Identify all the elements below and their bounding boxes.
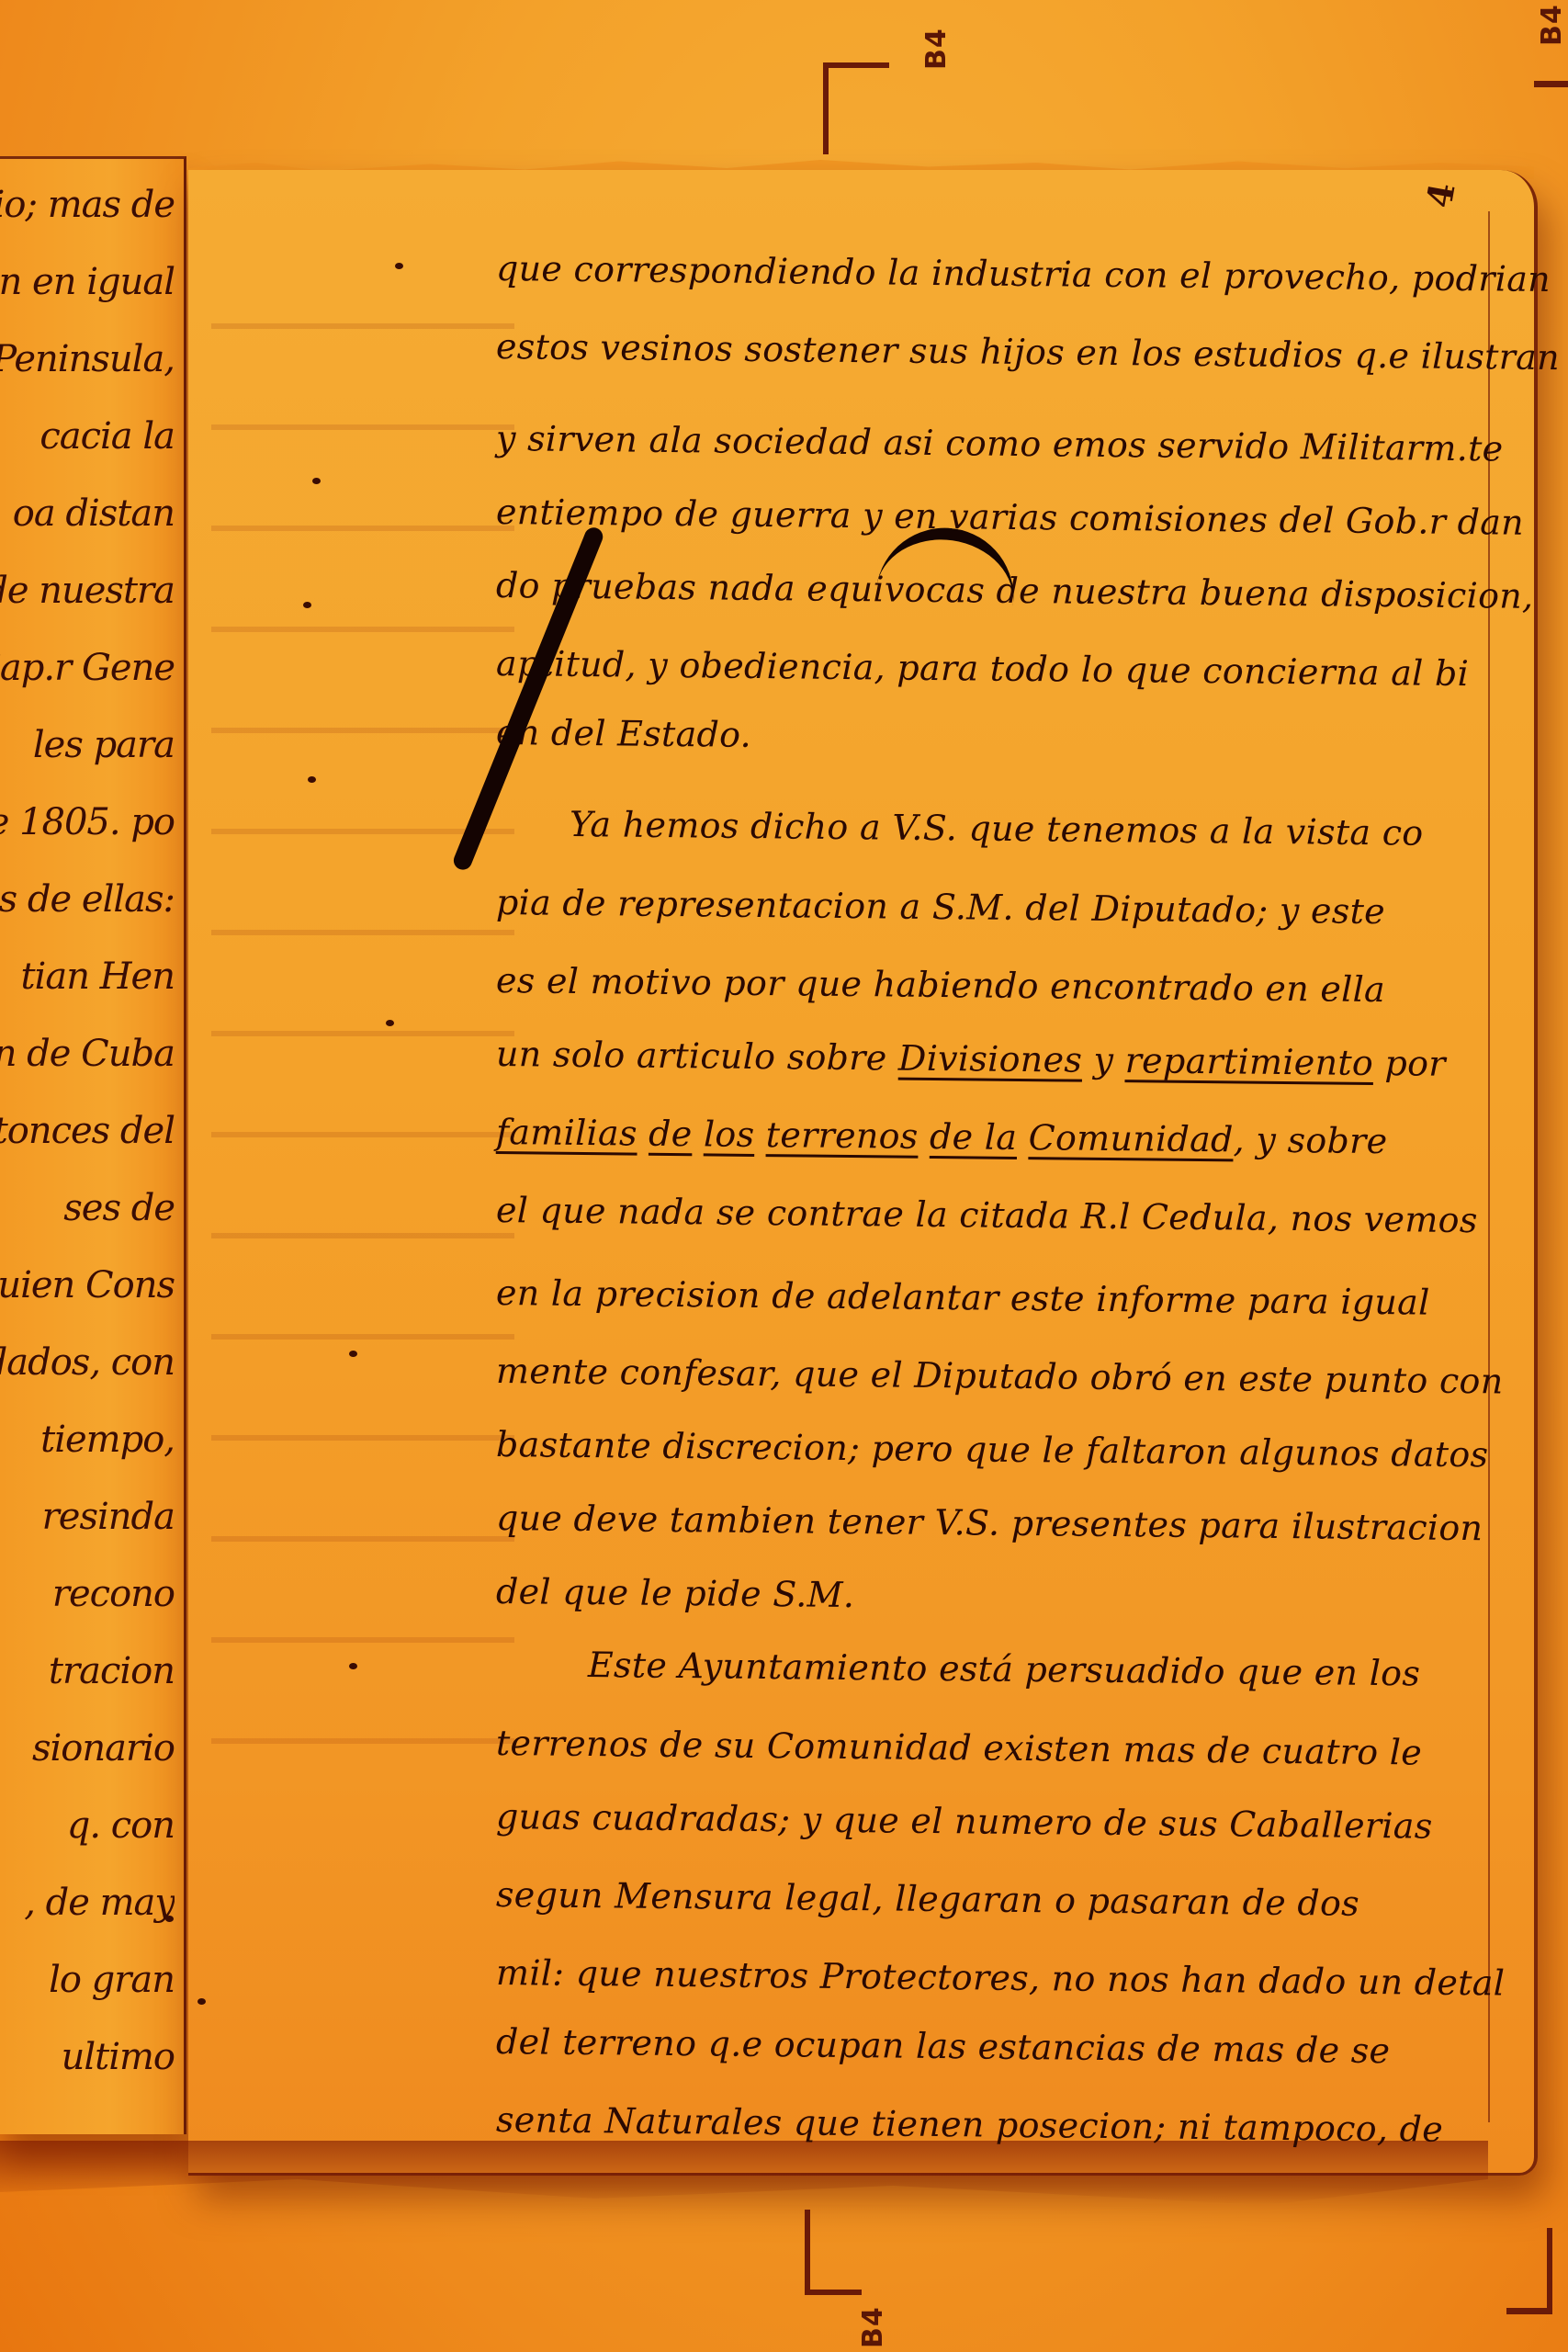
crop-label-top: B4: [920, 28, 953, 70]
left-page-line: de nuestra: [0, 570, 175, 612]
manuscript-line: del que le pide S.M.: [496, 1571, 855, 1615]
left-page-line: cacia la: [0, 415, 175, 458]
underlined-phrase: repartimiento: [1124, 1040, 1373, 1083]
left-page-line: resinda: [0, 1496, 175, 1538]
left-page-line: uien Cons: [0, 1264, 175, 1306]
ink-dot: [308, 776, 316, 783]
left-page-line: lo gran: [0, 1959, 175, 2001]
ink-dot: [349, 1663, 357, 1669]
left-page-line: les para: [0, 724, 175, 766]
left-page-line: n en igual: [0, 261, 175, 303]
crop-mark-top-vertical: [823, 62, 829, 154]
crop-mark-bottom-vertical: [805, 2210, 810, 2294]
bleed-through-text: [211, 276, 514, 1837]
underlined-phrase: Comunidad: [1028, 1117, 1234, 1159]
underlined-phrase: de la: [930, 1116, 1018, 1158]
underlined-phrase: los: [704, 1114, 755, 1155]
left-page-line: oa distan: [0, 492, 175, 535]
crop-mark-bottom-right-vertical: [1547, 2228, 1552, 2311]
text-segment: y: [1082, 1040, 1125, 1080]
underlined-phrase: Divisiones: [898, 1038, 1083, 1080]
left-page-line: tonces del: [0, 1110, 175, 1152]
ink-dot: [349, 1351, 357, 1357]
text-segment: [692, 1114, 704, 1154]
folio-edge-line: [1488, 211, 1490, 2122]
manuscript-photo: B4 B4 trio; mas den en igualPeninsula,ca…: [0, 0, 1568, 2352]
left-page-line: Cap.r Gene: [0, 647, 175, 689]
ink-dot: [165, 1916, 174, 1922]
underlined-phrase: familias: [496, 1112, 637, 1154]
left-page-line: , de may: [0, 1882, 175, 1924]
bottom-shadow: [0, 2141, 1488, 2205]
ink-dot: [386, 1020, 394, 1026]
text-segment: [637, 1114, 649, 1154]
crop-mark-bottom-horizontal: [805, 2290, 862, 2295]
text-segment: un solo articulo sobre: [496, 1034, 898, 1079]
left-page-line: n de Cuba: [0, 1033, 175, 1075]
crop-label-top-right: B4: [1536, 4, 1568, 46]
left-page-line: sionario: [0, 1727, 175, 1770]
left-page-line: recono: [0, 1573, 175, 1615]
text-segment: [754, 1114, 766, 1155]
text-segment: por: [1373, 1043, 1446, 1084]
underlined-phrase: terrenos: [766, 1114, 919, 1157]
left-page-line: tian Hen: [0, 955, 175, 998]
text-segment: [918, 1116, 930, 1157]
ink-dot: [395, 263, 403, 269]
ink-dot: [303, 602, 311, 608]
manuscript-line: en del Estado.: [496, 712, 752, 755]
text-segment: [1017, 1117, 1029, 1158]
crop-mark-top-right: [1534, 81, 1568, 87]
ink-dot: [312, 478, 321, 484]
left-page-line: ses de: [0, 1187, 175, 1229]
left-page-line: q. con: [0, 1804, 175, 1847]
underlined-phrase: de: [649, 1114, 693, 1154]
left-page-line: tos de ellas:: [0, 878, 175, 921]
left-page-line: Peninsula,: [0, 338, 175, 380]
crop-label-bottom: B4: [857, 2306, 889, 2348]
left-page-line: ultimo: [0, 2036, 175, 2078]
left-page-line: de 1805. po: [0, 801, 175, 843]
left-page-line: tiempo,: [0, 1419, 175, 1461]
text-segment: , y sobre: [1233, 1119, 1387, 1161]
left-page-line: tracion: [0, 1650, 175, 1692]
ink-dot: [197, 1998, 206, 2005]
left-page-line: dados, con: [0, 1341, 175, 1384]
crop-mark-bottom-right-horizontal: [1506, 2308, 1552, 2314]
left-page-line: trio; mas de: [0, 184, 175, 226]
crop-mark-top-horizontal: [823, 62, 889, 68]
